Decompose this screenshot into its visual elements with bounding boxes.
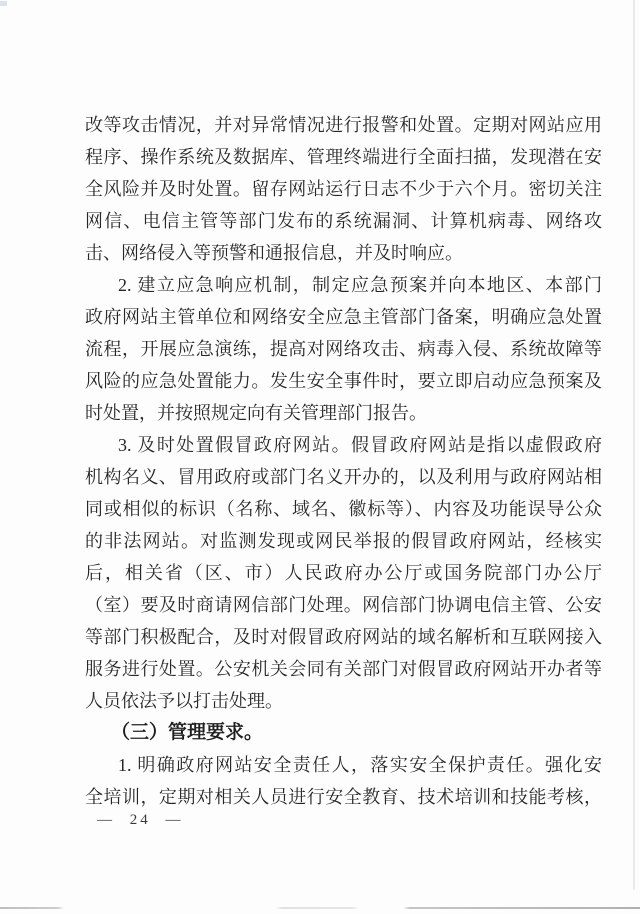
text-line: 全培训，定期对相关人员进行安全教育、技术培训和技能考核，	[85, 781, 602, 813]
text-line: 机构名义、冒用政府或部门名义开办的，以及利用与政府网站相	[85, 461, 602, 493]
document-body: 改等攻击情况，并对异常情况进行报警和处置。定期对网站应用 程序、操作系统及数据库…	[85, 109, 602, 813]
text-line: 3. 及时处置假冒政府网站。假冒政府网站是指以虚假政府	[85, 429, 602, 461]
text-line: 政府网站主管单位和网络安全应急主管部门备案，明确应急处置	[85, 301, 602, 333]
text-line: 流程，开展应急演练，提高对网络攻击、病毒入侵、系统故障等	[85, 333, 602, 365]
text-line: 程序、操作系统及数据库、管理终端进行全面扫描，发现潜在安	[85, 141, 602, 173]
page-number: — 24 —	[97, 812, 184, 829]
text-line: 网信、电信主管等部门发布的系统漏洞、计算机病毒、网络攻	[85, 205, 602, 237]
text-line: 全风险并及时处置。留存网站运行日志不少于六个月。密切关注	[85, 173, 602, 205]
text-line: 时处置，并按照规定向有关管理部门报告。	[85, 397, 602, 429]
scan-artifact-bottom-edge	[0, 907, 640, 909]
text-line: 等部门积极配合，及时对假冒政府网站的域名解析和互联网接入	[85, 621, 602, 653]
text-line: 风险的应急处置能力。发生安全事件时，要立即启动应急预案及	[85, 365, 602, 397]
scan-artifact-right-edge	[633, 0, 635, 890]
text-line: 击、网络侵入等预警和通报信息，并及时响应。	[85, 237, 602, 269]
text-line: 人员依法予以打击处理。	[85, 685, 602, 717]
text-line: 的非法网站。对监测发现或网民举报的假冒政府网站，经核实	[85, 525, 602, 557]
scan-artifact-top-left	[0, 1, 7, 6]
text-line: 同或相似的标识（名称、域名、徽标等）、内容及功能误导公众	[85, 493, 602, 525]
text-line: 2. 建立应急响应机制，制定应急预案并向本地区、本部门	[85, 269, 602, 301]
text-line: 1. 明确政府网站安全责任人，落实安全保护责任。强化安	[85, 749, 602, 781]
text-line: 后，相关省（区、市）人民政府办公厅或国务院部门办公厅	[85, 557, 602, 589]
section-heading: （三）管理要求。	[85, 717, 602, 749]
document-page: 改等攻击情况，并对异常情况进行报警和处置。定期对网站应用 程序、操作系统及数据库…	[0, 0, 640, 914]
text-line: 服务进行处置。公安机关会同有关部门对假冒政府网站开办者等	[85, 653, 602, 685]
text-line: （室）要及时商请网信部门处理。网信部门协调电信主管、公安	[85, 589, 602, 621]
text-line: 改等攻击情况，并对异常情况进行报警和处置。定期对网站应用	[85, 109, 602, 141]
